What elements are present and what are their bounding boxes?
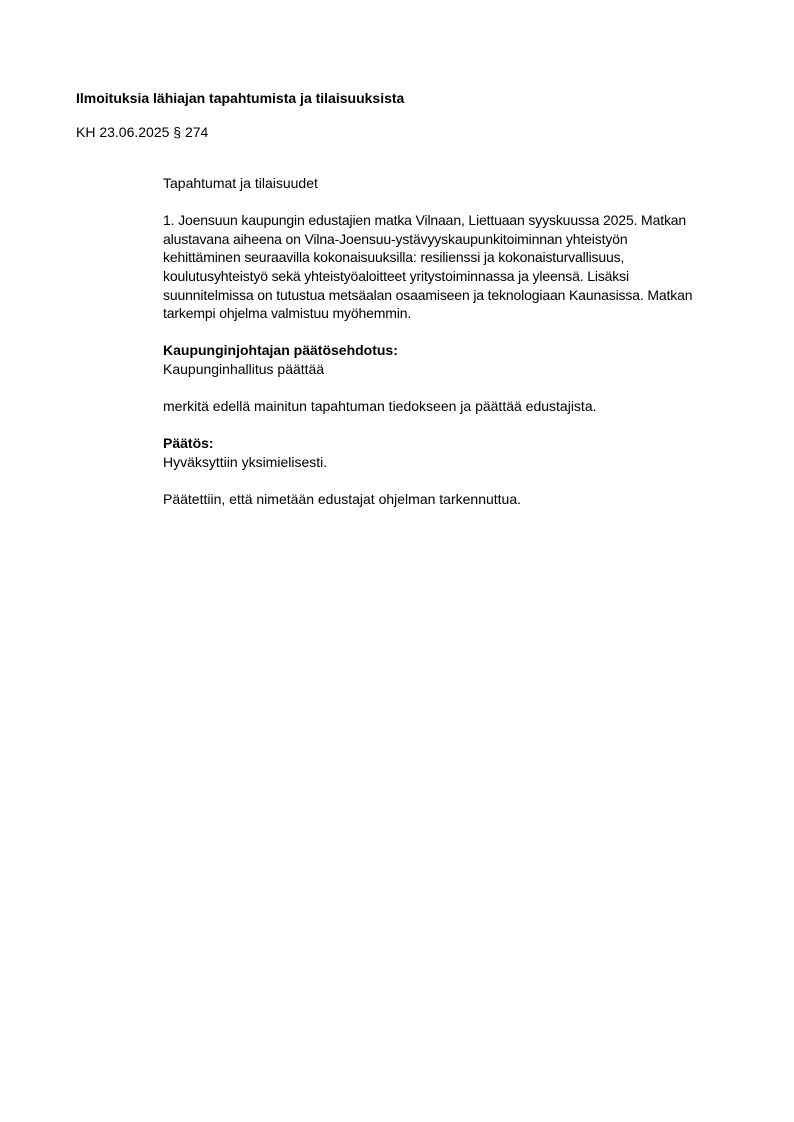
spacer [163, 323, 743, 342]
section-heading: Tapahtumat ja tilaisuudet [163, 174, 743, 193]
item-1-line: alustavana aiheena on Vilna-Joensuu-ystä… [163, 230, 743, 249]
decision-note: Päätettiin, että nimetään edustajat ohje… [163, 490, 743, 509]
decision-text: Hyväksyttiin yksimielisesti. [163, 453, 743, 472]
decision-heading: Päätös: [163, 434, 743, 453]
proposal-text: merkitä edellä mainitun tapahtuman tiedo… [163, 397, 743, 416]
item-1-paragraph: 1. Joensuun kaupungin edustajien matka V… [163, 211, 743, 323]
item-1-line: 1. Joensuun kaupungin edustajien matka V… [163, 211, 743, 230]
spacer [163, 416, 743, 435]
document-title: Ilmoituksia lähiajan tapahtumista ja til… [76, 89, 404, 107]
proposal-heading: Kaupunginjohtajan päätösehdotus: [163, 341, 743, 360]
spacer [163, 472, 743, 491]
item-1-line: tarkempi ohjelma valmistuu myöhemmin. [163, 304, 743, 323]
spacer [163, 379, 743, 398]
meeting-reference: KH 23.06.2025 § 274 [76, 123, 208, 141]
document-body: Tapahtumat ja tilaisuudet 1. Joensuun ka… [163, 174, 743, 509]
proposal-intro: Kaupunginhallitus päättää [163, 360, 743, 379]
item-1-line: kehittäminen seuraavilla kokonaisuuksill… [163, 248, 743, 267]
item-1-line: koulutusyhteistyö sekä yhteistyöaloittee… [163, 267, 743, 286]
item-1-line: suunnitelmissa on tutustua metsäalan osa… [163, 286, 743, 305]
spacer [163, 193, 743, 212]
